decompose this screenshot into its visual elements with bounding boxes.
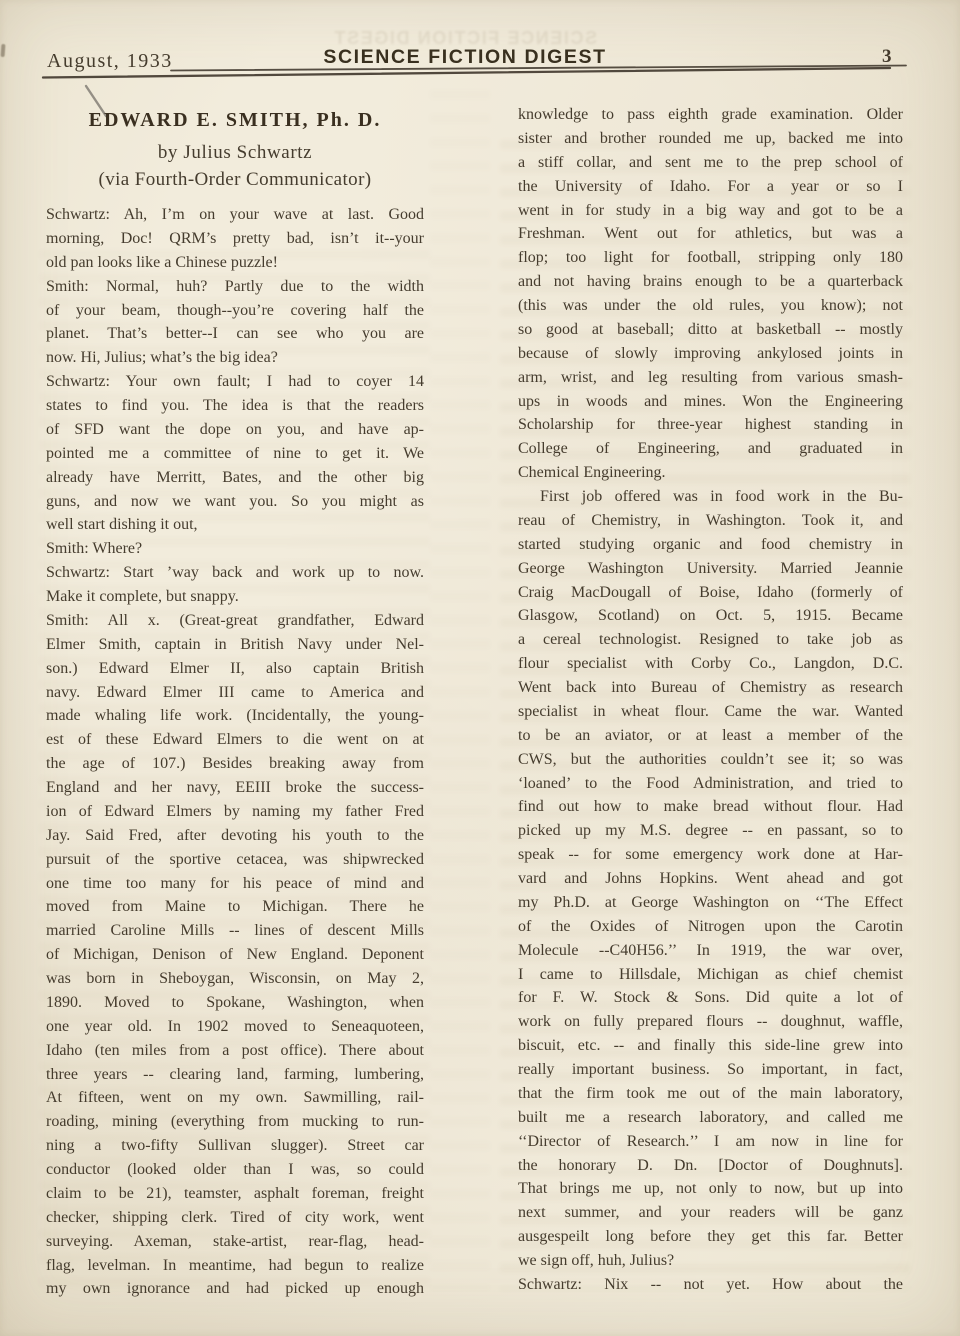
text-line: the age of 107.) Besides breaking away f… [46,752,424,776]
text-line: for F. W. Stock & Sons. Did quite a lot … [518,986,903,1010]
text-line: ‘‘Director of Research.’’ I am now in li… [518,1130,903,1154]
text-line: made whaling life work. (Incidentally, t… [46,704,424,728]
text-line: a cereal technologist. Resigned to take … [518,628,903,652]
text-line: we sign off, huh, Julius? [518,1249,903,1273]
text-line: (this was under the old rules, you know)… [518,294,903,318]
text-line: pointed me a committee of nine to get it… [46,442,424,466]
page-number: 3 [882,46,893,68]
text-line: Schwartz: Ah, I’m on your wave at last. … [46,203,424,227]
text-line: ausgespeilt long before they get this fa… [518,1225,903,1249]
text-line: knowledge to pass eighth grade examinati… [518,103,903,127]
text-line: that the firm took me out of the main la… [518,1082,903,1106]
text-line: started studying organic and food chemis… [518,533,903,557]
text-line: built me a research laboratory, and call… [518,1106,903,1130]
text-line: claim to be 21), teamster, asphalt forem… [46,1182,424,1206]
text-line: the honorary D. Dn. [Doctor of Doughnuts… [518,1154,903,1178]
text-line: Freshman. Went out for athletics, but wa… [518,222,903,246]
text-line: went in for study in a big way and got t… [518,199,903,223]
text-line: surveying. Axeman, stake-artist, rear-fl… [46,1230,424,1254]
text-line: and not having brains enough to be a qua… [518,270,903,294]
right-column: knowledge to pass eighth grade examinati… [518,103,903,1297]
text-line: Smith: Where? [46,537,424,561]
text-line: Smith: All x. (Great-great grandfather, … [46,609,424,633]
text-line: flag, levelman. In meantime, had begun t… [46,1254,424,1278]
text-line: planet. That’s better--I can see who you… [46,322,424,346]
text-line: moved from Maine to Michigan. There he [46,895,424,919]
text-line: of Michigan, Denison of New England. Dep… [46,943,424,967]
text-line: est of these Edward Elmers to die went o… [46,728,424,752]
text-line: I came to Hillsdale, Michigan as chief c… [518,963,903,987]
text-line: my Ph.D. at George Washington on ‘‘The E… [518,891,903,915]
text-line: flour specialist with Corby Co., Langdon… [518,652,903,676]
text-line: Went back into Bureau of Chemistry as re… [518,676,903,700]
text-line: old pan looks like a Chinese puzzle! [46,251,424,275]
text-line: next summer, and your readers will be ga… [518,1201,903,1225]
text-line: the University of Idaho. For a year or s… [518,175,903,199]
text-line: states to find you. The idea is that the… [46,394,424,418]
text-line: ning a two-fifty Sullivan slugger). Stre… [46,1134,424,1158]
text-line: married Caroline Mills -- lines of desce… [46,919,424,943]
text-line: picked up my M.S. degree -- en passant, … [518,819,903,843]
text-line: That brings me up, not only to now, but … [518,1177,903,1201]
article-title: EDWARD E. SMITH, Ph. D. [44,109,426,132]
text-line: Glasgow, Scotland) on Oct. 5, 1915. Beca… [518,604,903,628]
text-line: a stiff collar, and sent me to the prep … [518,151,903,175]
magazine-page: SCIENCE FICTION DIGEST August, 1933 SCIE… [0,0,960,1336]
text-line: Scholarship for three-year highest stand… [518,413,903,437]
text-line: of your beam, though--you’re covering ha… [46,299,424,323]
text-line: so good at baseball; ditto at basketball… [518,318,903,342]
text-line: one time too many for his peace of mind … [46,872,424,896]
left-column: Schwartz: Ah, I’m on your wave at last. … [46,203,424,1301]
text-line: Schwartz: Your own fault; I had to coyer… [46,370,424,394]
text-line: pursuit of the sportive cetacea, was shi… [46,848,424,872]
text-line: arm, wrist, and leg resulting from vario… [518,366,903,390]
text-line: because of slowly improving ankylosed jo… [518,342,903,366]
article-byline: by Julius Schwartz [44,142,426,164]
article-via-line: (via Fourth-Order Communicator) [44,169,426,191]
text-line: of the Oxides of Nitrogen upon the Carot… [518,915,903,939]
text-line: specialist in wheat flour. Came the war.… [518,700,903,724]
text-line: Smith: Normal, huh? Partly due to the wi… [46,275,424,299]
text-line: First job offered was in food work in th… [518,485,903,509]
text-line: Schwartz: Start ’way back and work up to… [46,561,424,585]
text-line: England and her navy, EEIII broke the su… [46,776,424,800]
text-line: really important business. So important,… [518,1058,903,1082]
text-line: vard and Johns Hopkins. Went ahead and g… [518,867,903,891]
text-line: roading, mining (everything from mucking… [46,1110,424,1134]
text-line: Molecule --C40H56.’’ In 1919, the war ov… [518,939,903,963]
magazine-title: SCIENCE FICTION DIGEST [0,46,930,69]
text-line: to be an aviator, or at least a member o… [518,724,903,748]
text-line: checker, shipping clerk. Tired of city w… [46,1206,424,1230]
text-line: Chemical Engineering. [518,461,903,485]
text-line: Schwartz: Nix -- not yet. How about the [518,1273,903,1297]
text-line: Jay. Said Fred, after devoting his youth… [46,824,424,848]
text-line: my own ignorance and had picked up enoug… [46,1277,424,1301]
text-line: reau of Chemistry, in Washington. Took i… [518,509,903,533]
text-line: was born in Sheboygan, Wisconsin, on May… [46,967,424,991]
text-line: Make it complete, but snappy. [46,585,424,609]
text-line: sister and brother rounded me up, backed… [518,127,903,151]
text-line: Craig MacDougall of Boise, Idaho (former… [518,581,903,605]
text-line: Elmer Smith, captain in British Navy und… [46,633,424,657]
text-line: ion of Edward Elmers by naming my father… [46,800,424,824]
text-line: 1890. Moved to Spokane, Washington, when [46,991,424,1015]
text-line: three years -- clearing land, farming, l… [46,1063,424,1087]
text-line: At fifteen, went on my own. Sawmilling, … [46,1086,424,1110]
text-line: find out how to make bread without flour… [518,795,903,819]
text-line: ‘loaned’ to the Food Administration, and… [518,772,903,796]
text-line: CWS, but the authorities couldn’t see it… [518,748,903,772]
text-line: College of Engineering, and graduated in [518,437,903,461]
text-line: flop; too light for football, stripping … [518,246,903,270]
text-line: George Washington University. Married Je… [518,557,903,581]
text-line: already have Merritt, Bates, and the oth… [46,466,424,490]
text-line: speak -- for some emergency work done at… [518,843,903,867]
text-line: one year old. In 1902 moved to Seneaquot… [46,1015,424,1039]
text-line: of SFD want the dope on you, and have ap… [46,418,424,442]
text-line: now. Hi, Julius; what’s the big idea? [46,346,424,370]
text-line: morning, Doc! QRM’s pretty bad, isn’t it… [46,227,424,251]
text-line: son.) Edward Elmer II, also captain Brit… [46,657,424,681]
text-line: work on fully prepared flours -- doughnu… [518,1010,903,1034]
text-line: ups in woods and mines. Won the Engineer… [518,390,903,414]
text-line: well start dishing it out, [46,513,424,537]
text-line: conductor (looked older than I was, so c… [46,1158,424,1182]
text-line: Idaho (ten miles from a post office). Th… [46,1039,424,1063]
text-line: navy. Edward Elmer III came to America a… [46,681,424,705]
text-line: biscuit, etc. -- and finally this side-l… [518,1034,903,1058]
bleedthrough-texture [430,90,490,1290]
text-line: guns, and now we want you. So you might … [46,490,424,514]
